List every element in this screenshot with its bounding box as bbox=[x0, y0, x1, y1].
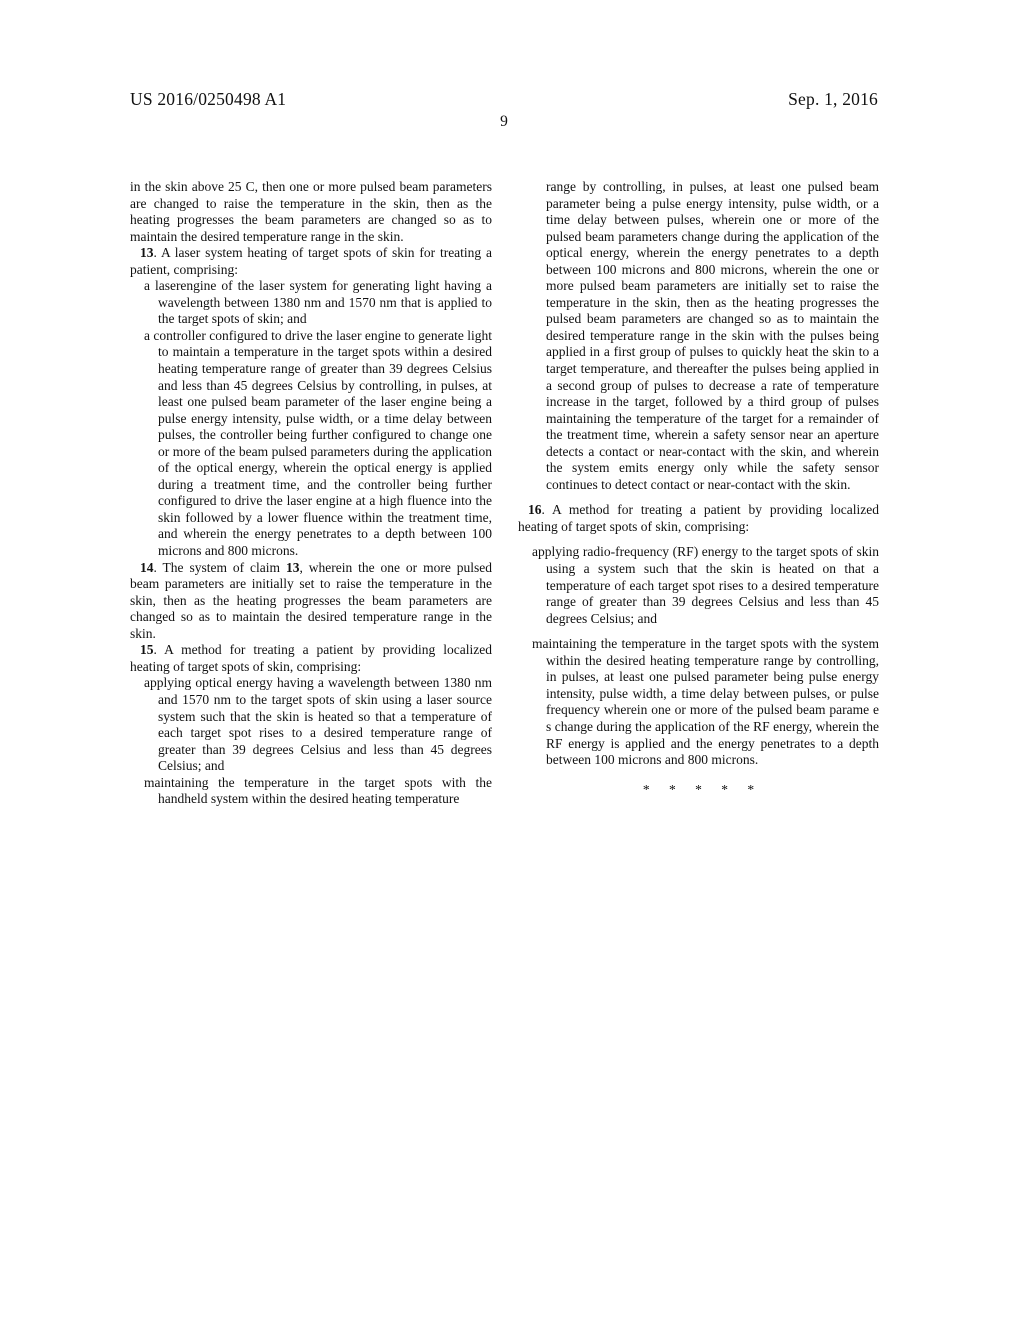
claim-text: range by controlling, in pulses, at leas… bbox=[546, 179, 879, 492]
claim-number: 16 bbox=[528, 502, 542, 517]
claim-text: maintaining the temperature in the targe… bbox=[532, 636, 879, 767]
claim-number: 15 bbox=[140, 642, 154, 657]
claim-paragraph: applying radio-frequency (RF) energy to … bbox=[518, 544, 879, 627]
claim-number: 13 bbox=[286, 560, 300, 575]
page-number: 9 bbox=[130, 113, 878, 131]
end-of-claims-marker: * * * * * bbox=[518, 782, 879, 799]
claim-text: . The system of claim bbox=[154, 560, 286, 575]
right-column: range by controlling, in pulses, at leas… bbox=[518, 179, 879, 798]
claim-paragraph: 15. A method for treating a patient by p… bbox=[130, 642, 492, 675]
claim-paragraph: 16. A method for treating a patient by p… bbox=[518, 502, 879, 535]
left-column: in the skin above 25 C, then one or more… bbox=[130, 179, 492, 808]
claim-paragraph: range by controlling, in pulses, at leas… bbox=[518, 179, 879, 493]
claim-paragraph: a controller configured to drive the las… bbox=[130, 328, 492, 560]
claim-paragraph: 14. The system of claim 13, wherein the … bbox=[130, 560, 492, 643]
claim-text: a controller configured to drive the las… bbox=[144, 328, 492, 558]
claim-paragraph: maintaining the temperature in the targe… bbox=[130, 775, 492, 808]
claim-paragraph: 13. A laser system heating of target spo… bbox=[130, 245, 492, 278]
patent-page: US 2016/0250498 A1 Sep. 1, 2016 9 in the… bbox=[0, 0, 1024, 1320]
claim-text: maintaining the temperature in the targe… bbox=[144, 775, 492, 807]
claim-paragraph: a laserengine of the laser system for ge… bbox=[130, 278, 492, 328]
claim-text: in the skin above 25 C, then one or more… bbox=[130, 179, 492, 244]
claim-text: . A method for treating a patient by pro… bbox=[130, 642, 492, 674]
claim-text: . A laser system heating of target spots… bbox=[130, 245, 492, 277]
claim-number: 13 bbox=[140, 245, 154, 260]
claim-paragraph: maintaining the temperature in the targe… bbox=[518, 636, 879, 768]
claim-text: applying optical energy having a wavelen… bbox=[144, 675, 492, 773]
claim-text: a laserengine of the laser system for ge… bbox=[144, 278, 492, 326]
claim-paragraph: in the skin above 25 C, then one or more… bbox=[130, 179, 492, 245]
patent-number: US 2016/0250498 A1 bbox=[130, 89, 286, 110]
claim-text: applying radio-frequency (RF) energy to … bbox=[532, 544, 879, 625]
claim-paragraph: applying optical energy having a wavelen… bbox=[130, 675, 492, 774]
claim-number: 14 bbox=[140, 560, 154, 575]
publication-date: Sep. 1, 2016 bbox=[788, 89, 878, 110]
claim-text: . A method for treating a patient by pro… bbox=[518, 502, 879, 534]
